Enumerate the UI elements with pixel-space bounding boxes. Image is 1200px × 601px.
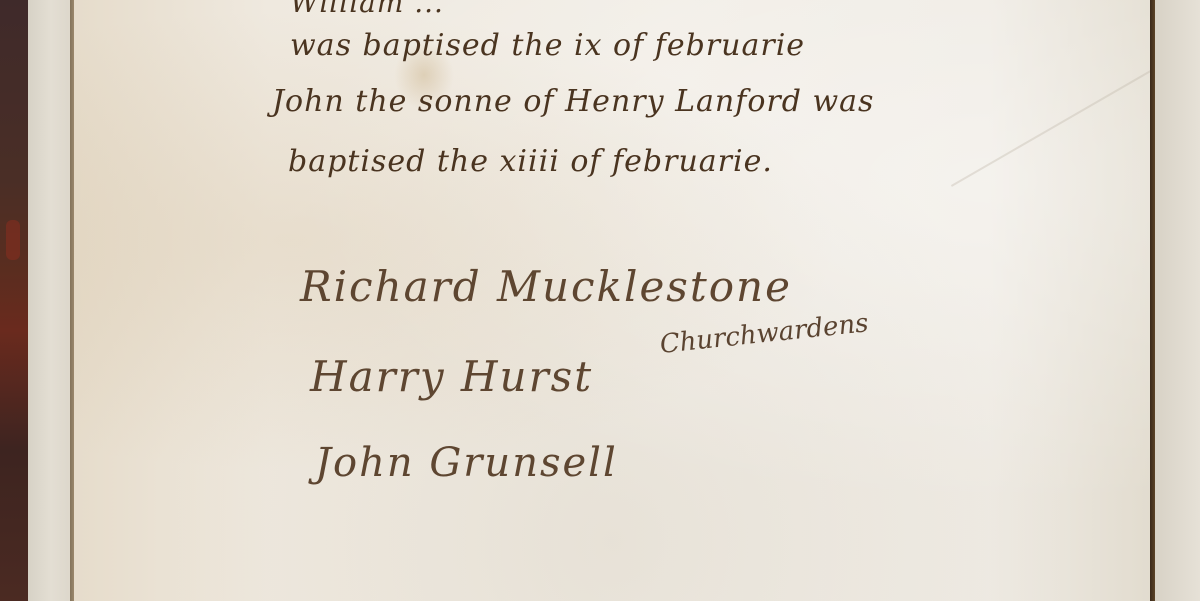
signature-john-grunsell: John Grunsell bbox=[315, 440, 618, 486]
signature-harry-hurst: Harry Hurst bbox=[310, 352, 593, 401]
entry-line-partial: William ... bbox=[290, 0, 444, 19]
entry-line: baptised the xiiii of februarie. bbox=[288, 144, 773, 179]
page-edge-strip bbox=[28, 0, 74, 601]
entry-line: John the sonne of Henry Lanford was bbox=[272, 84, 874, 119]
facing-page-edge bbox=[1155, 0, 1200, 601]
entry-line: was baptised the ix of februarie bbox=[290, 28, 805, 63]
paper-crease bbox=[951, 55, 1177, 187]
signature-richard-mucklestone: Richard Mucklestone bbox=[300, 262, 792, 311]
